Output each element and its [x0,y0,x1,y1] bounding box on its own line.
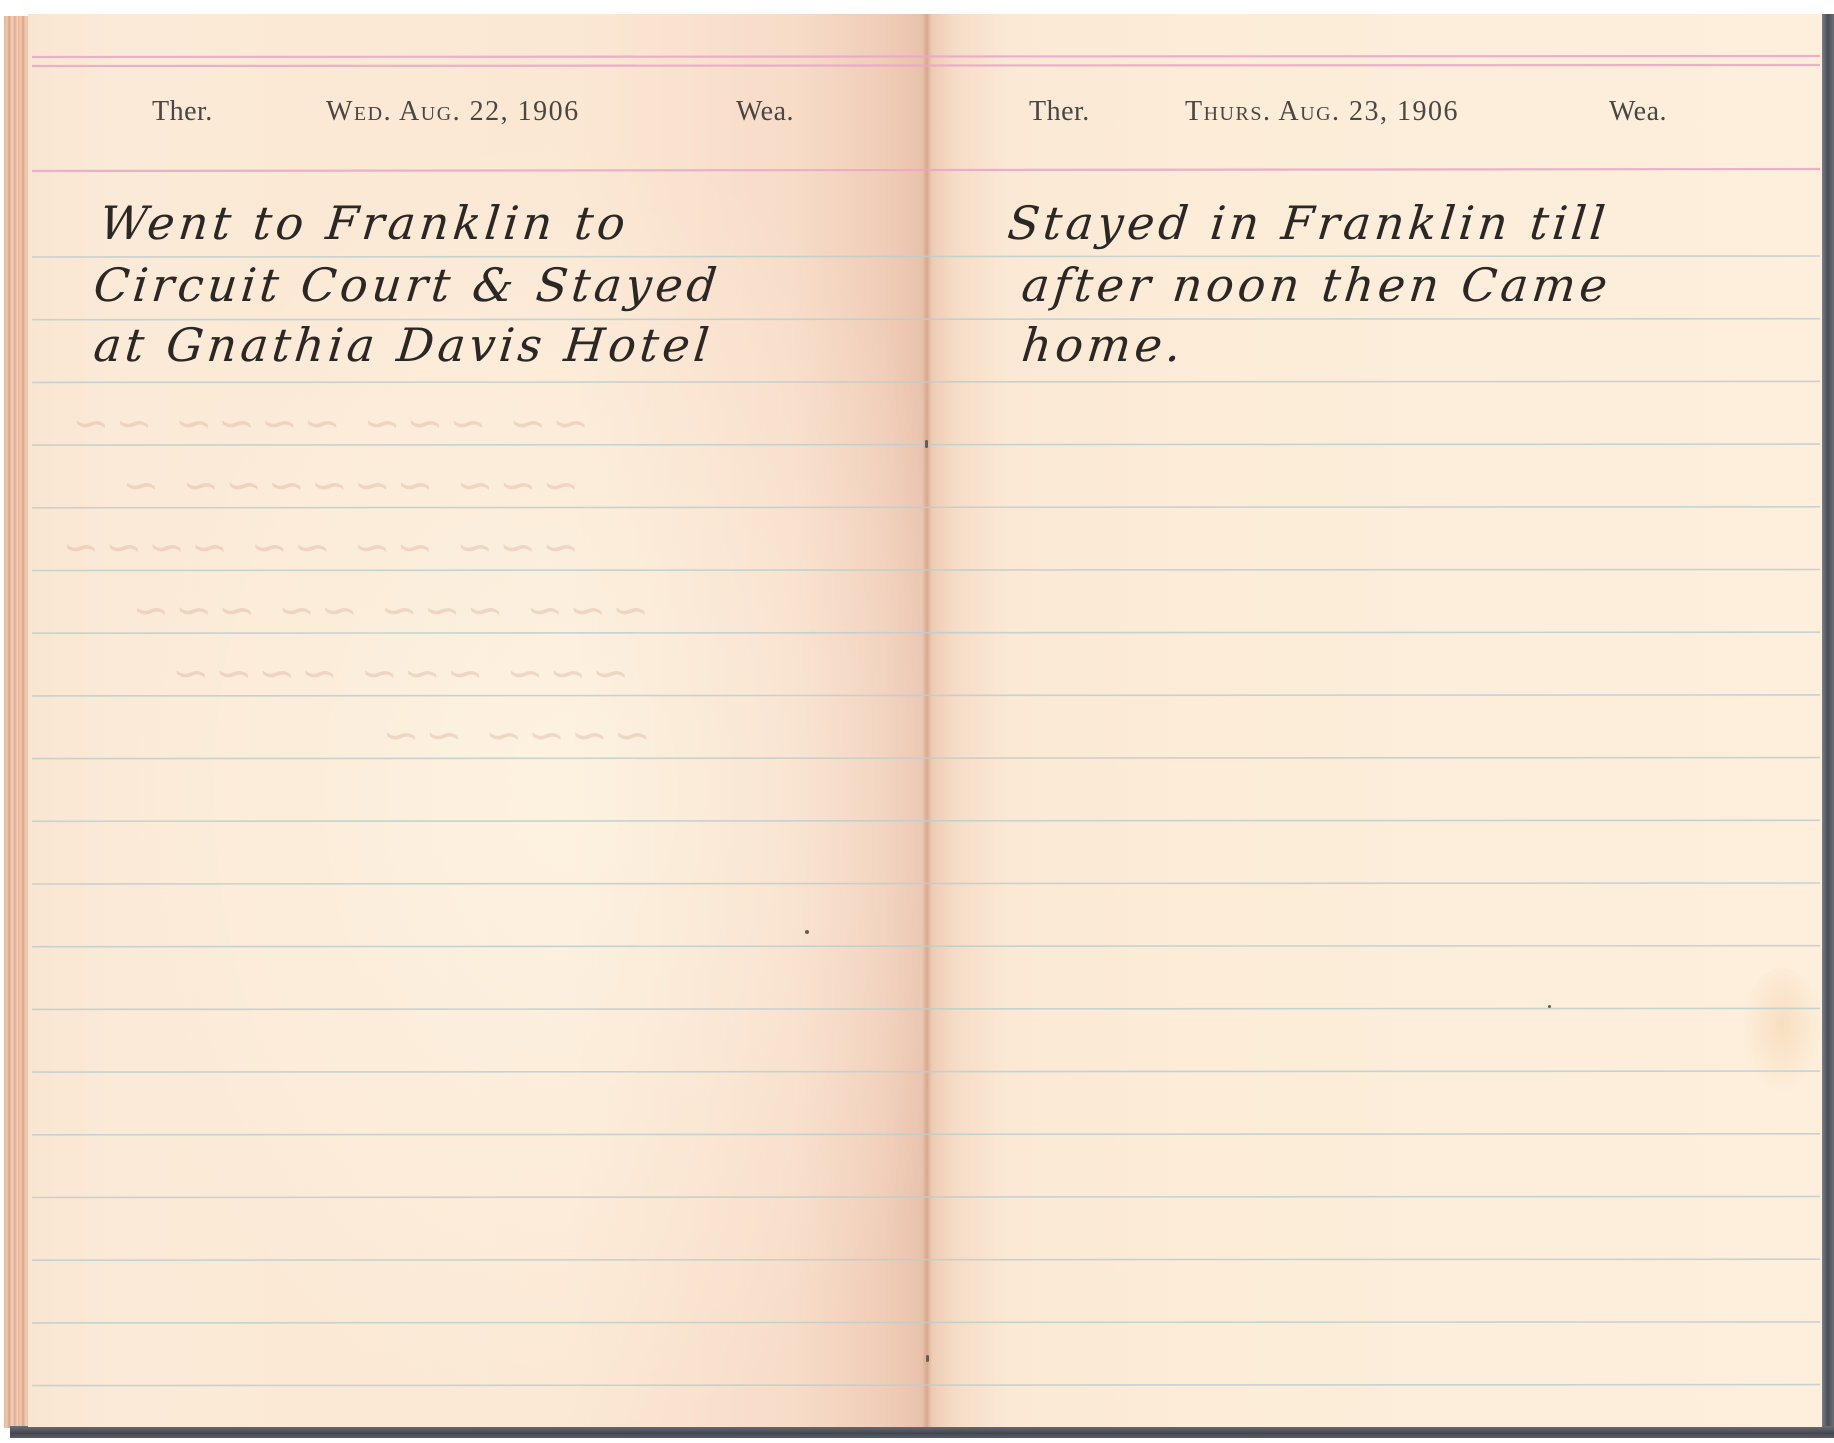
bleed-through-line: ∼∼∼ ∼∼ ∼∼ ∼∼∼∼ [56,522,586,573]
left-entry-line-1: Went to Franklin to [97,196,632,250]
open-diary: Ther. Wed. Aug. 22, 1906 Wea. Ther. Thur… [0,0,1834,1443]
bleed-through-line: ∼∼∼ ∼∼∼ ∼∼ ∼∼∼ [126,585,656,636]
left-ther-label: Ther. [152,96,213,128]
ink-speck [926,1355,929,1362]
bleed-through-line: ∼∼∼ ∼∼∼ ∼∼∼∼ [166,648,636,699]
bleed-through-line: ∼∼∼ ∼∼∼∼∼∼ ∼ [116,460,586,511]
pink-header-rules [32,56,1820,171]
right-ther-label: Ther. [1029,96,1090,128]
left-entry-line-2: Circuit Court & Stayed [91,258,723,312]
ink-speck [1548,1005,1551,1008]
ink-speck [805,930,809,934]
ink-speck [925,440,928,448]
bleed-through-line: ∼∼∼∼ ∼∼ [376,710,657,761]
right-entry-line-1: Stayed in Franklin till [1005,196,1611,250]
left-wea-label: Wea. [736,96,794,128]
right-wea-label: Wea. [1609,96,1667,128]
left-entry-line-3: at Gnathia Davis Hotel [91,318,715,372]
right-entry-line-3: home. [1019,318,1187,372]
bleed-through-line: ∼∼ ∼∼∼ ∼∼∼∼ ∼∼ [66,398,596,449]
left-date-heading: Wed. Aug. 22, 1906 [326,96,580,128]
right-entry-line-2: after noon then Came [1019,258,1614,312]
right-date-heading: Thurs. Aug. 23, 1906 [1185,96,1459,128]
